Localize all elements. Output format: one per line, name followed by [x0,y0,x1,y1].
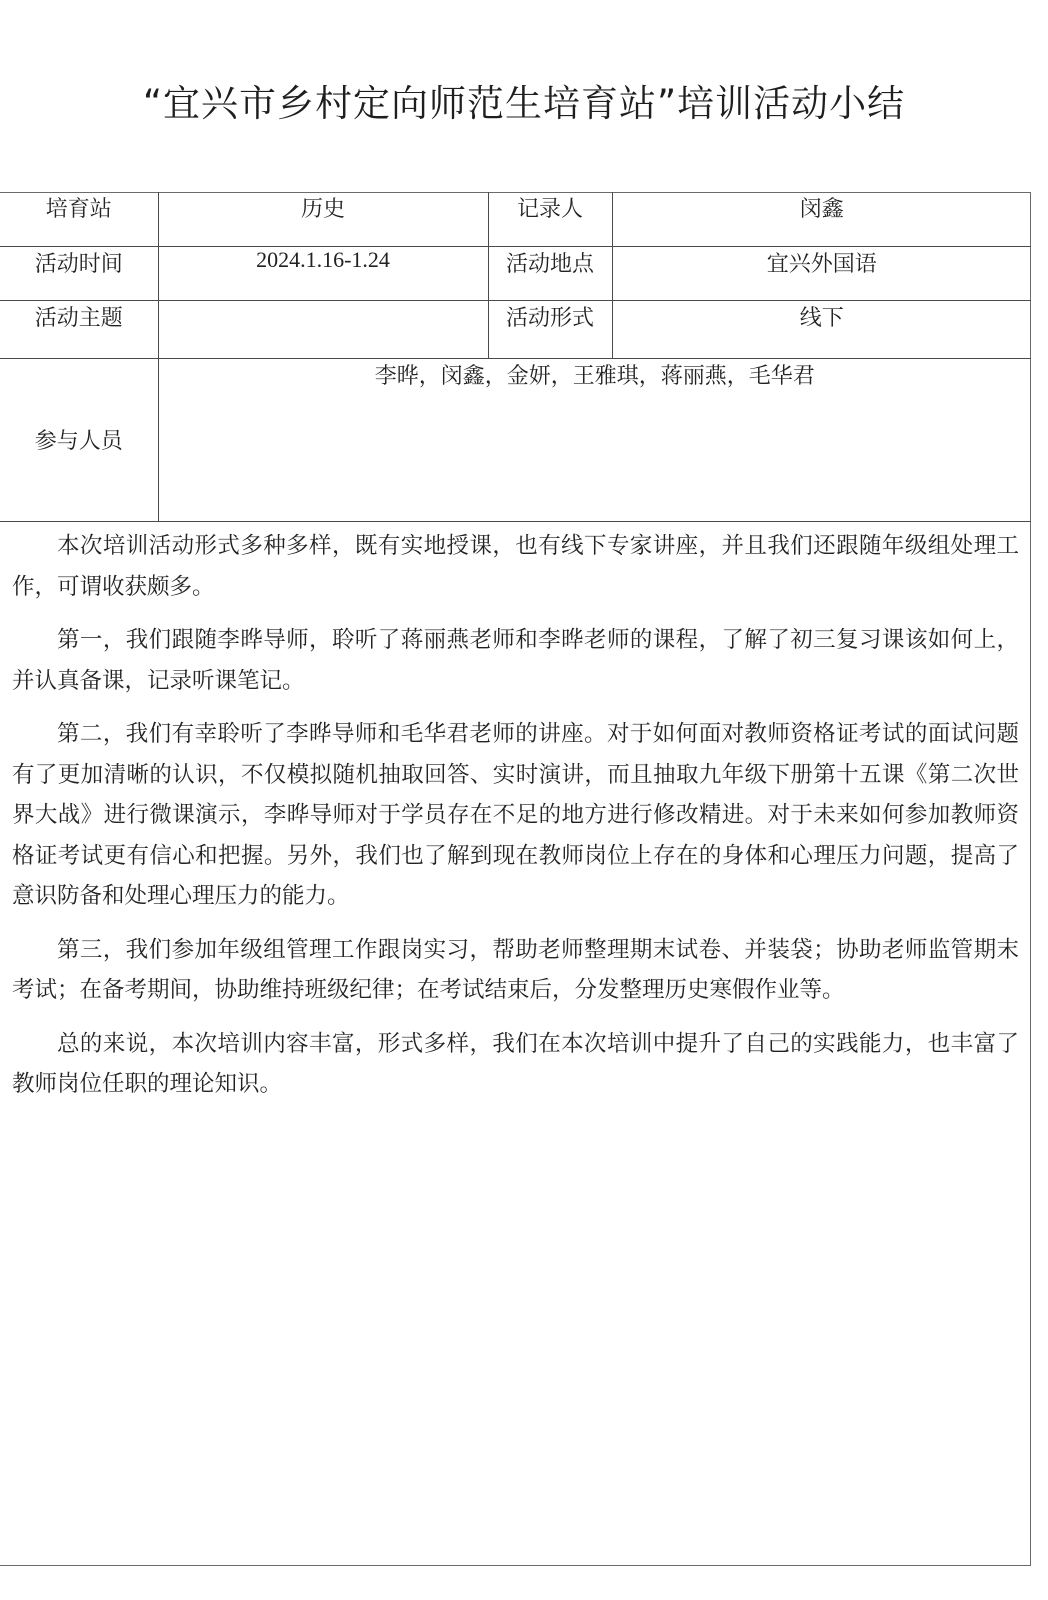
table-row-participants: 参与人员 李晔，闵鑫，金妍，王雅琪，蒋丽燕，毛华君 [0,358,1031,521]
value-activity-theme [158,300,488,358]
summary-paragraph-third: 第三，我们参加年级组管理工作跟岗实习，帮助老师整理期末试卷、并装袋；协助老师监管… [12,930,1019,1011]
value-activity-place: 宜兴外国语 [612,246,1031,300]
label-activity-place: 活动地点 [488,246,612,300]
label-station: 培育站 [0,192,158,246]
summary-paragraph-intro: 本次培训活动形式多种多样，既有实地授课，也有线下专家讲座，并且我们还跟随年级组处… [12,526,1019,607]
table-row-station: 培育站 历史 记录人 闵鑫 [0,192,1031,246]
label-recorder: 记录人 [488,192,612,246]
table-row-theme-form: 活动主题 活动形式 线下 [0,300,1031,358]
summary-body: 本次培训活动形式多种多样，既有实地授课，也有线下专家讲座，并且我们还跟随年级组处… [0,526,1031,1118]
value-activity-form: 线下 [612,300,1031,358]
label-activity-theme: 活动主题 [0,300,158,358]
label-activity-time: 活动时间 [0,246,158,300]
value-participants: 李晔，闵鑫，金妍，王雅琪，蒋丽燕，毛华君 [158,358,1031,521]
label-participants: 参与人员 [0,358,158,521]
value-recorder: 闵鑫 [612,192,1031,246]
value-activity-time: 2024.1.16-1.24 [158,246,488,300]
value-station: 历史 [158,192,488,246]
table-row-time-place: 活动时间 2024.1.16-1.24 活动地点 宜兴外国语 [0,246,1031,300]
summary-paragraph-first: 第一，我们跟随李晔导师，聆听了蒋丽燕老师和李晔老师的课程，了解了初三复习课该如何… [12,620,1019,701]
label-activity-form: 活动形式 [488,300,612,358]
document-title: “宜兴市乡村定向师范生培育站”培训活动小结 [0,73,1048,127]
summary-paragraph-second: 第二，我们有幸聆听了李晔导师和毛华君老师的讲座。对于如何面对教师资格证考试的面试… [12,714,1019,917]
summary-paragraph-conclusion: 总的来说，本次培训内容丰富，形式多样，我们在本次培训中提升了自己的实践能力，也丰… [12,1024,1019,1105]
info-table: 培育站 历史 记录人 闵鑫 活动时间 2024.1.16-1.24 活动地点 宜… [0,192,1031,522]
